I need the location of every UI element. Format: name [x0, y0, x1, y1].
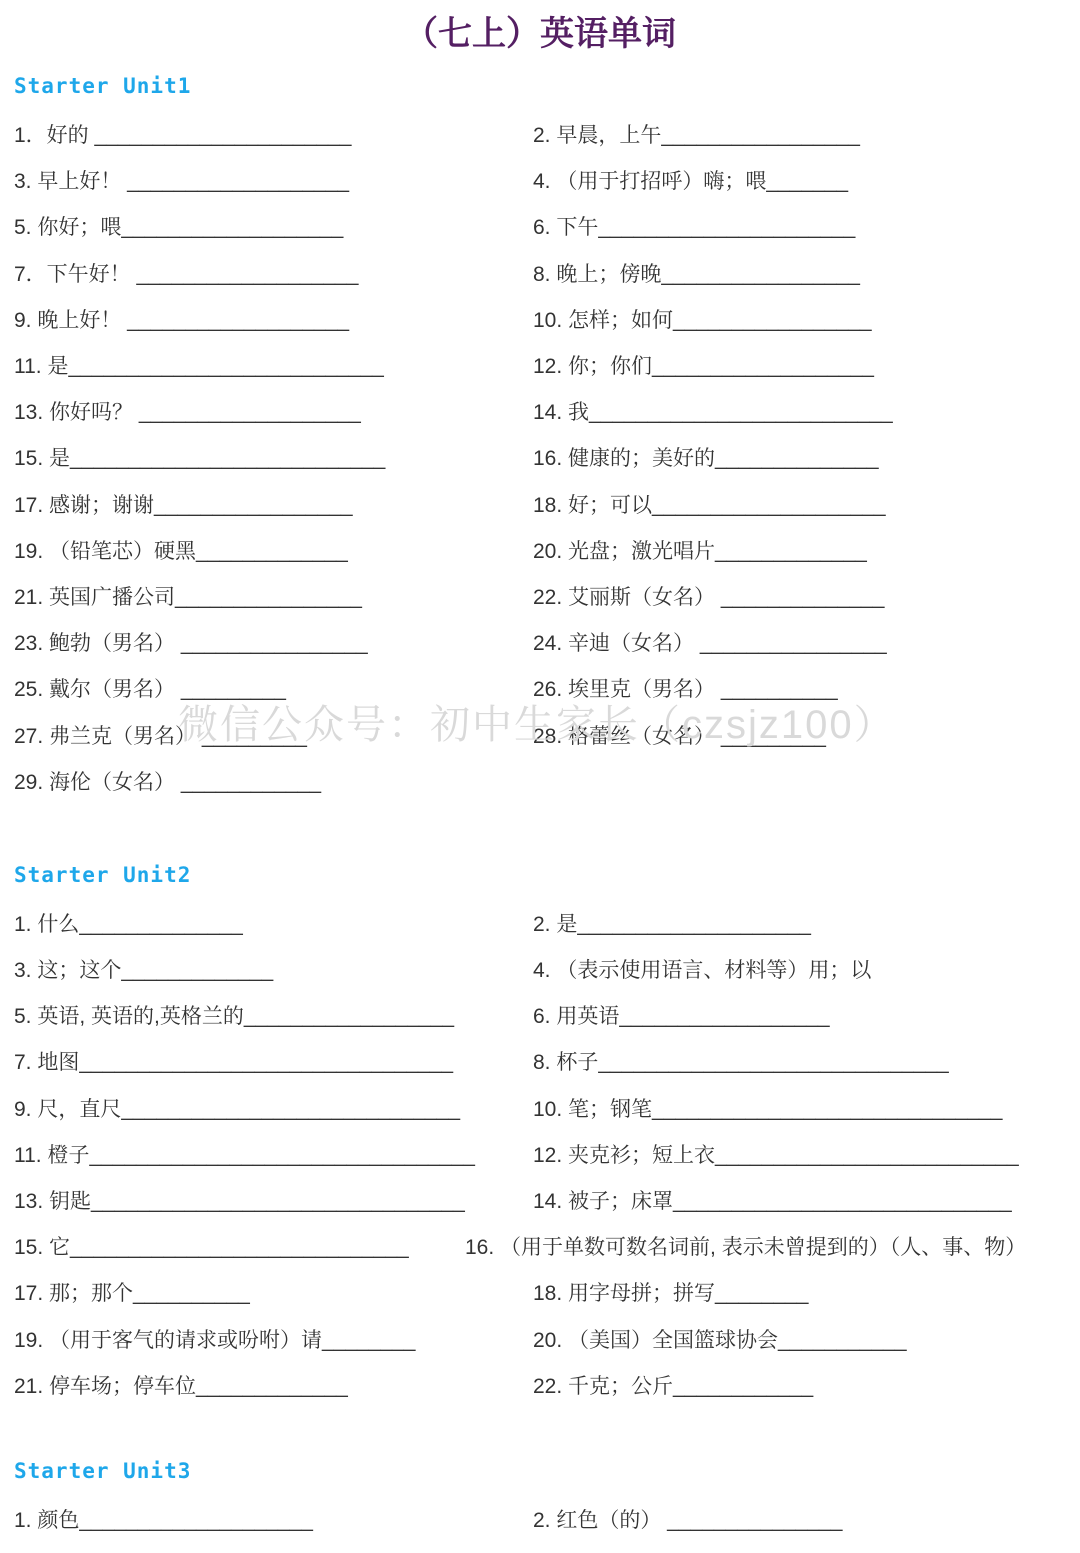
vocab-grid: 1．好的 ______________________2. 早晨，上午_____…: [14, 111, 1066, 804]
vocab-item: 14. 被子；床罩_____________________________: [533, 1185, 1066, 1215]
vocab-item: 2. 早晨，上午_________________: [533, 119, 1066, 149]
vocab-item: 9. 尺，直尺_____________________________: [14, 1093, 519, 1123]
vocab-item: 5. 英语, 英语的,英格兰的__________________: [14, 1000, 519, 1030]
unit-section: Starter Unit11．好的 ______________________…: [14, 73, 1066, 804]
vocab-item: 22. 艾丽斯（女名） ______________: [533, 581, 1066, 611]
vocab-item: 19. （用于客气的请求或吩咐）请________: [14, 1324, 519, 1354]
vocab-item: 4. （用于打招呼）嗨；喂_______: [533, 165, 1066, 195]
vocab-item: 11. 橙子_________________________________: [14, 1139, 519, 1169]
vocab-item: 2. 红色（的） _______________: [533, 1504, 1066, 1534]
unit-section: Starter Unit21. 什么______________2. 是____…: [14, 862, 1066, 1408]
vocab-item: 1. 什么______________: [14, 908, 519, 938]
vocab-item: 20. （美国）全国篮球协会___________: [533, 1324, 1066, 1354]
vocab-item: 3. 这；这个_____________: [14, 954, 519, 984]
vocab-item: 23. 鲍勃（男名） ________________: [14, 627, 519, 657]
vocab-item: 25. 戴尔（男名） _________: [14, 673, 519, 703]
page-title: （七上）英语单词: [0, 0, 1080, 55]
section-title: Starter Unit3: [14, 1458, 1066, 1484]
vocab-item: 10. 怎样；如何_________________: [533, 304, 1066, 334]
vocab-item: 27. 弗兰克（男名） _________: [14, 720, 519, 750]
vocab-item: 1. 颜色____________________: [14, 1504, 519, 1534]
section-title: Starter Unit1: [14, 73, 1066, 99]
vocab-item: 3. 早上好！ ___________________: [14, 165, 519, 195]
vocab-item: 10. 笔；钢笔______________________________: [533, 1093, 1066, 1123]
vocab-item: 14. 我__________________________: [533, 396, 1066, 426]
vocab-item: 26. 埃里克（男名） __________: [533, 673, 1066, 703]
vocab-grid: 1. 什么______________2. 是_________________…: [14, 900, 1066, 1408]
vocab-item: 5. 你好；喂___________________: [14, 211, 519, 241]
section-title: Starter Unit2: [14, 862, 1066, 888]
unit-section: Starter Unit31. 颜色____________________2.…: [14, 1458, 1066, 1542]
vocab-item: 29. 海伦（女名） ____________: [14, 766, 519, 796]
vocab-item: 28. 格蕾丝（女名） _________: [533, 720, 1066, 750]
vocab-item: 11. 是___________________________: [14, 350, 519, 380]
vocab-item: 18. 好；可以____________________: [533, 489, 1066, 519]
vocab-item: 8. 杯子______________________________: [533, 1046, 1066, 1076]
vocab-grid: 1. 颜色____________________2. 红色（的） ______…: [14, 1496, 1066, 1542]
vocab-item: 16. 健康的；美好的______________: [533, 442, 1066, 472]
vocab-item: 9. 晚上好！ ___________________: [14, 304, 519, 334]
vocab-item: 15. 是___________________________: [14, 442, 519, 472]
vocab-item: 17. 感谢；谢谢_________________: [14, 489, 519, 519]
vocab-item: 7．下午好！ ___________________: [14, 258, 519, 288]
vocab-item: 21. 英国广播公司________________: [14, 581, 519, 611]
vocab-item: 13. 钥匙________________________________: [14, 1185, 519, 1215]
vocab-item: 16. （用于单数可数名词前, 表示未曾提到的）（人、事、物）: [465, 1231, 1066, 1261]
vocab-item: 22. 千克；公斤____________: [533, 1370, 1066, 1400]
vocab-item: 19. （铅笔芯）硬黑_____________: [14, 535, 519, 565]
vocab-item: 13. 你好吗？ ___________________: [14, 396, 519, 426]
vocab-item: 12. 你；你们___________________: [533, 350, 1066, 380]
vocab-item: 6. 下午______________________: [533, 211, 1066, 241]
vocab-item: 4. （表示使用语言、材料等）用；以: [533, 954, 1066, 984]
vocab-item: 8. 晚上；傍晚_________________: [533, 258, 1066, 288]
worksheet-page: （七上）英语单词 微信公众号：初中生家长（czsjz100） Starter U…: [0, 0, 1080, 1553]
vocab-item: 6. 用英语__________________: [533, 1000, 1066, 1030]
vocab-item: 20. 光盘；激光唱片_____________: [533, 535, 1066, 565]
vocab-item: 21. 停车场；停车位_____________: [14, 1370, 519, 1400]
vocab-item: 7. 地图________________________________: [14, 1046, 519, 1076]
vocab-item: 1．好的 ______________________: [14, 119, 519, 149]
vocab-item: 15. 它_____________________________: [14, 1231, 519, 1261]
vocab-item: 2. 是____________________: [533, 908, 1066, 938]
vocab-item: 12. 夹克衫；短上衣__________________________: [533, 1139, 1066, 1169]
vocab-item: 24. 辛迪（女名） ________________: [533, 627, 1066, 657]
sections: Starter Unit11．好的 ______________________…: [0, 73, 1080, 1542]
vocab-item: 18. 用字母拼；拼写________: [533, 1277, 1066, 1307]
vocab-item: 17. 那；那个__________: [14, 1277, 519, 1307]
